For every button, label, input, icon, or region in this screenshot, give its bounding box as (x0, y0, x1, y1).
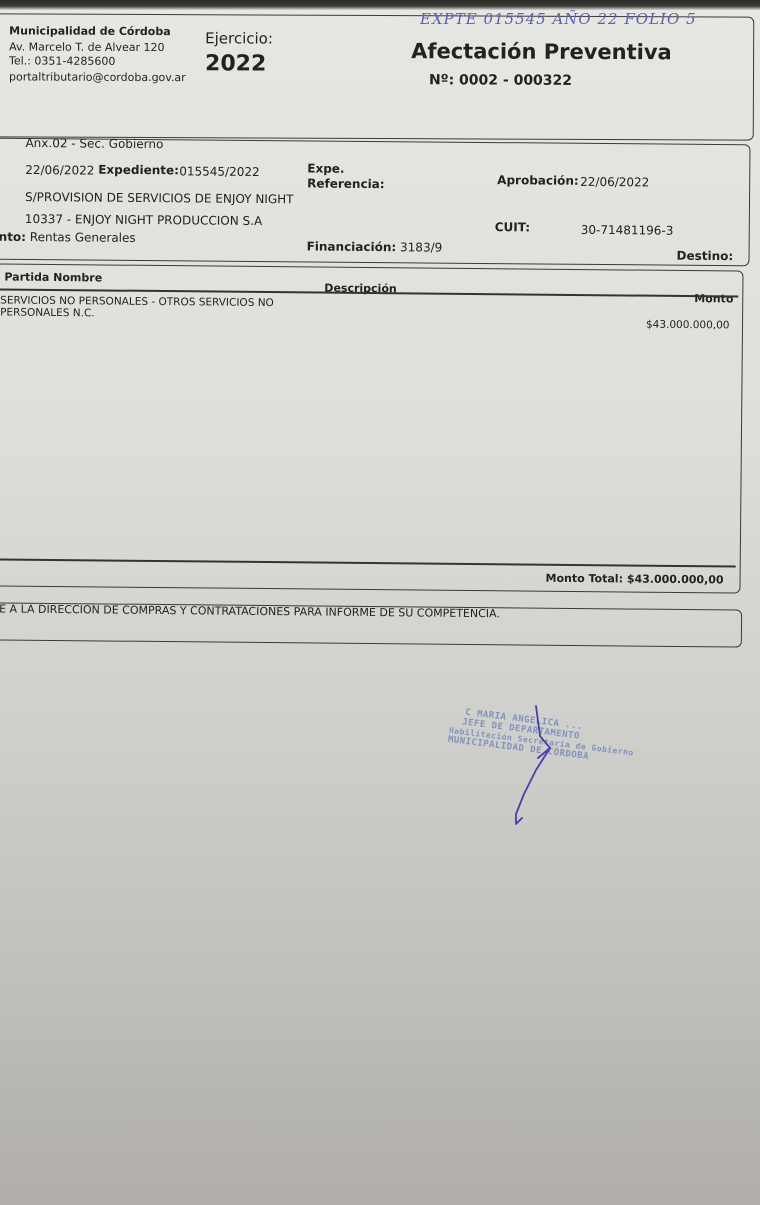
table-footer-divider (0, 558, 736, 567)
signature-icon (500, 700, 590, 830)
document-number: Nº: 0002 - 000322 (429, 72, 572, 89)
row-monto: $43.000.000,00 (646, 319, 730, 332)
ejercicio-year: 2022 (205, 51, 266, 76)
total-value: $43.000.000,00 (627, 572, 724, 586)
financiacion-label: Financiación: (307, 239, 397, 254)
org-email: portaltributario@cordoba.gov.ar (9, 70, 186, 84)
cuit-label: CUIT: (495, 220, 530, 234)
expediente-label: Expediente: (98, 163, 179, 178)
org-name: Municipalidad de Córdoba (9, 24, 171, 38)
concept: S/PROVISION DE SERVICIOS DE ENJOY NIGHT (25, 190, 294, 206)
total-row: Monto Total: $43.000.000,00 (546, 572, 724, 587)
provider: 10337 - ENJOY NIGHT PRODUCCION S.A (25, 212, 262, 228)
referencia-label: Referencia: (307, 176, 385, 191)
partidas-table: Partida Nombre Descripción Monto SERVICI… (0, 263, 744, 593)
table-row: SERVICIOS NO PERSONALES - OTROS SERVICIO… (0, 264, 743, 271)
expe-label: Expe. (307, 161, 344, 175)
financiacion-value: 3183/9 (400, 240, 442, 254)
expediente-value: 015545/2022 (179, 164, 260, 179)
total-label: Monto Total: (546, 572, 624, 586)
observations-box: E A LA DIRECCION DE COMPRAS Y CONTRATACI… (0, 602, 742, 647)
fondo-value: Rentas Generales (30, 230, 136, 245)
fondo-row: nto: Rentas Generales (0, 230, 136, 245)
photo-edge-shadow (0, 0, 760, 10)
financiacion-row: Financiación: 3183/9 (307, 239, 443, 254)
cuit-value: 30-71481196-3 (581, 223, 674, 238)
aprobacion-label: Aprobación: (497, 173, 579, 188)
org-address: Av. Marcelo T. de Alvear 120 (9, 40, 164, 54)
ejercicio-label: Ejercicio: (205, 29, 273, 47)
dependency: Anx.02 - Sec. Gobierno (25, 136, 163, 151)
fondo-label: nto: (0, 230, 26, 244)
document-title: Afectación Preventiva (411, 39, 672, 64)
header-box: Municipalidad de Córdoba Av. Marcelo T. … (0, 13, 754, 140)
row-partida-line2: PERSONALES N.C. (0, 306, 95, 319)
destino-label: Destino: (676, 249, 733, 263)
aprobacion-value: 22/06/2022 (580, 175, 649, 190)
handwritten-expediente-note: EXPTE 015545 AÑO 22 FOLIO 5 (420, 10, 697, 28)
column-header-monto: Monto (694, 292, 733, 305)
details-date: 22/06/2022 (25, 163, 94, 178)
details-box: Anx.02 - Sec. Gobierno 22/06/2022 Expedi… (0, 138, 751, 267)
column-header-partida: Partida Nombre (4, 271, 102, 285)
org-phone: Tel.: 0351-4285600 (9, 54, 115, 67)
observations-text: E A LA DIRECCION DE COMPRAS Y CONTRATACI… (0, 602, 500, 620)
